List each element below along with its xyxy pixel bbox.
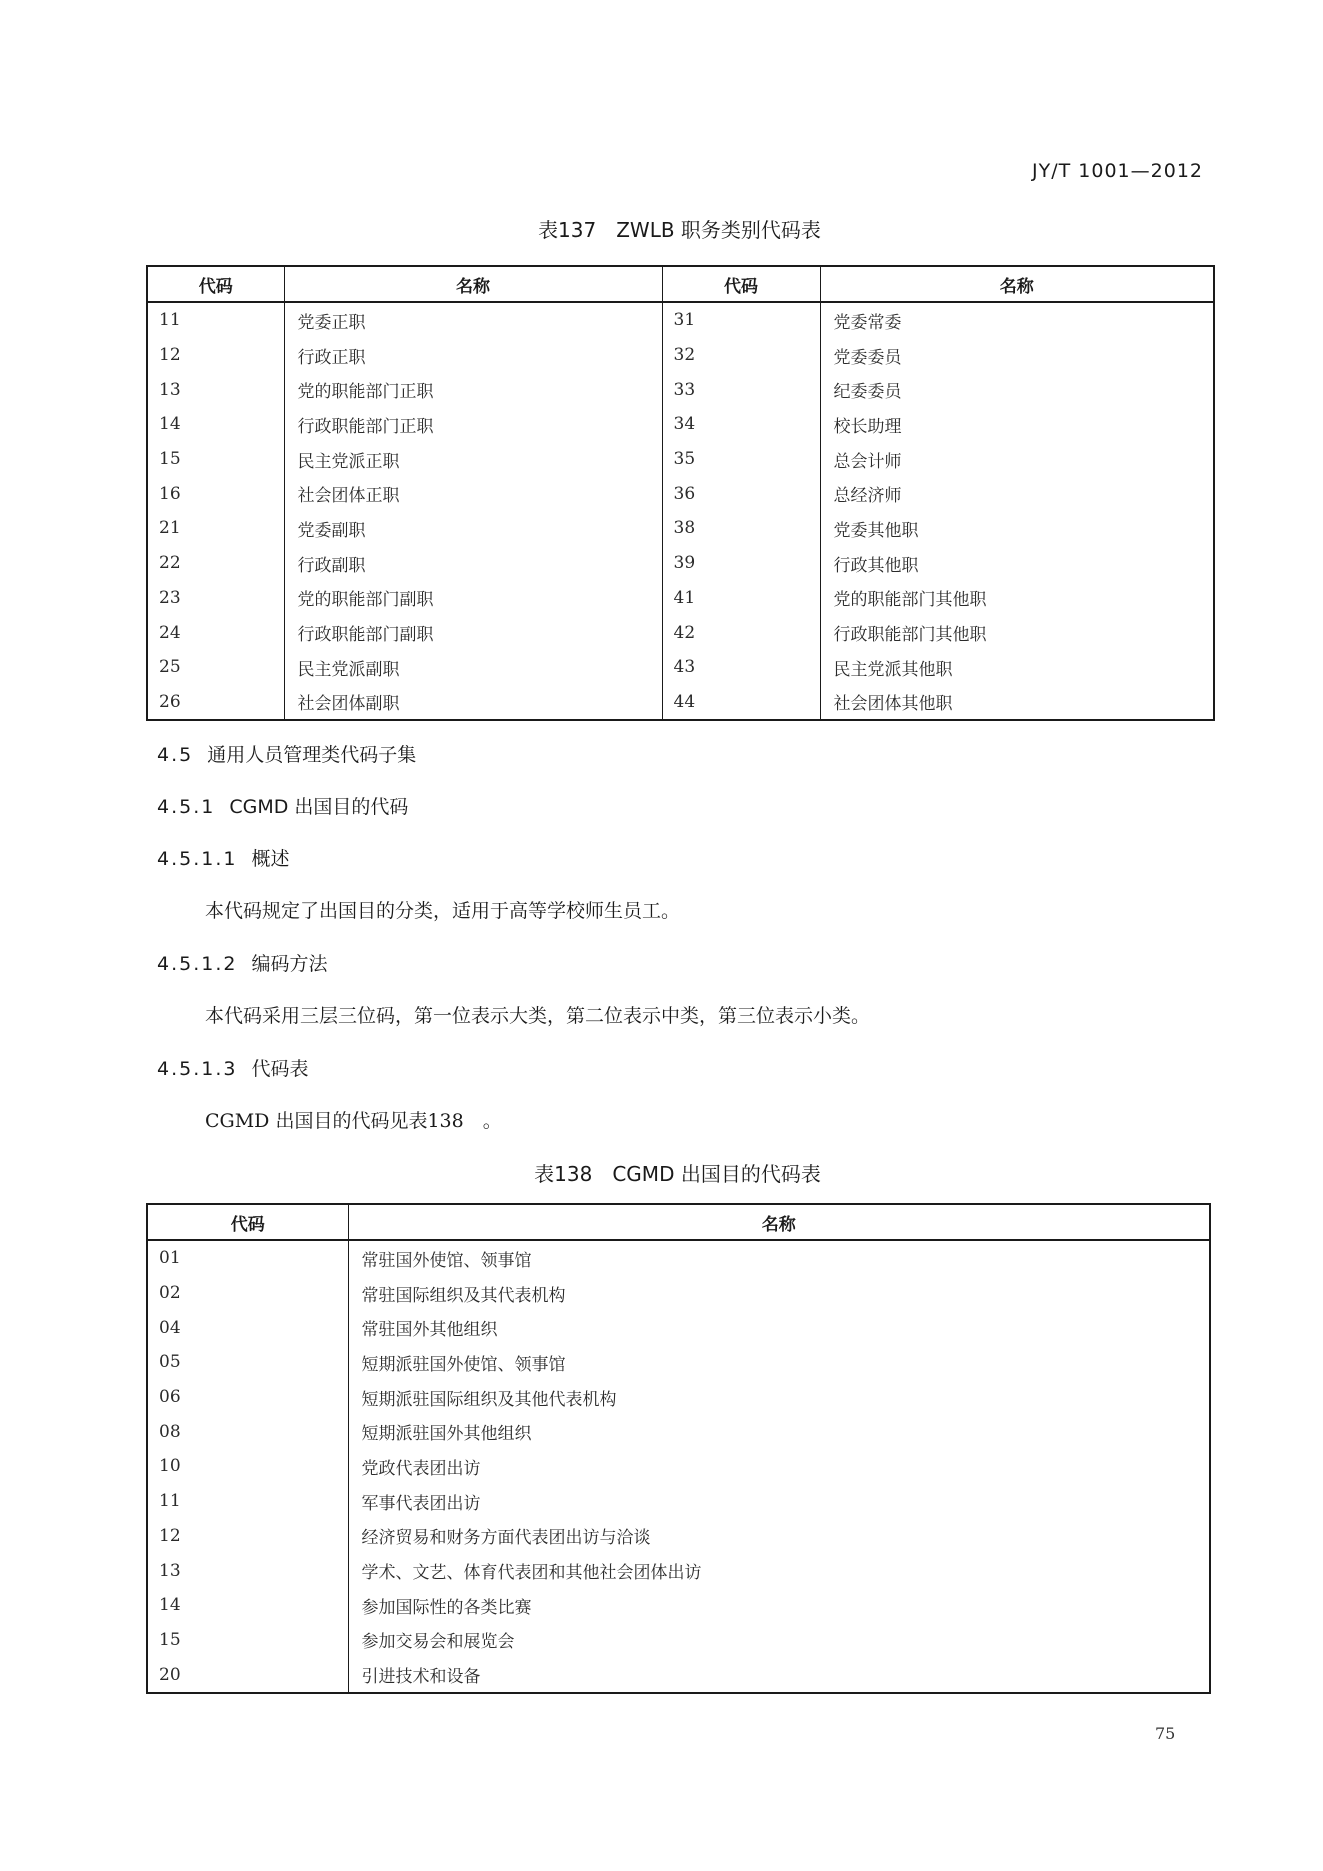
code-cell: 13	[147, 372, 284, 407]
table-row: 01常驻国外使馆、领事馆	[147, 1240, 1210, 1276]
name-cell: 总会计师	[820, 442, 1214, 477]
name-cell: 行政职能部门副职	[284, 615, 662, 650]
table-row: 11军事代表团出访	[147, 1484, 1210, 1519]
code-cell: 23	[147, 581, 284, 616]
code-cell: 31	[662, 302, 820, 338]
table-row: 20引进技术和设备	[147, 1657, 1210, 1693]
name-cell: 党政代表团出访	[348, 1449, 1210, 1484]
name-cell: 行政正职	[284, 338, 662, 373]
column-header-name: 名称	[348, 1204, 1210, 1240]
table-row: 06短期派驻国际组织及其他代表机构	[147, 1380, 1210, 1415]
section-number: 4.5.1.2	[157, 953, 237, 975]
name-cell: 总经济师	[820, 476, 1214, 511]
table-row: 22行政副职39行政其他职	[147, 546, 1214, 581]
name-cell: 纪委委员	[820, 372, 1214, 407]
code-cell: 41	[662, 581, 820, 616]
code-cell: 12	[147, 1519, 348, 1554]
code-cell: 15	[147, 442, 284, 477]
code-cell: 44	[662, 685, 820, 721]
table-row: 23党的职能部门副职41党的职能部门其他职	[147, 581, 1214, 616]
name-cell: 民主党派副职	[284, 650, 662, 685]
code-cell: 16	[147, 476, 284, 511]
column-header-code: 代码	[147, 1204, 348, 1240]
section-heading-4-5: 4.5通用人员管理类代码子集	[157, 740, 416, 767]
section-number: 4.5	[157, 744, 193, 766]
code-cell: 43	[662, 650, 820, 685]
table-row: 12经济贸易和财务方面代表团出访与洽谈	[147, 1519, 1210, 1554]
name-cell: 参加国际性的各类比赛	[348, 1588, 1210, 1623]
code-cell: 38	[662, 511, 820, 546]
table-row: 14参加国际性的各类比赛	[147, 1588, 1210, 1623]
name-cell: 党委正职	[284, 302, 662, 338]
name-cell: 社会团体副职	[284, 685, 662, 721]
section-title: 通用人员管理类代码子集	[207, 744, 416, 766]
name-cell: 党的职能部门副职	[284, 581, 662, 616]
section-heading-4-5-1-2: 4.5.1.2编码方法	[157, 949, 328, 976]
column-header-code: 代码	[147, 266, 284, 302]
name-cell: 党委其他职	[820, 511, 1214, 546]
name-cell: 党委常委	[820, 302, 1214, 338]
name-cell: 社会团体其他职	[820, 685, 1214, 721]
name-cell: 短期派驻国际组织及其他代表机构	[348, 1380, 1210, 1415]
table-row: 25民主党派副职43民主党派其他职	[147, 650, 1214, 685]
table-row: 13学术、文艺、体育代表团和其他社会团体出访	[147, 1553, 1210, 1588]
name-cell: 参加交易会和展览会	[348, 1623, 1210, 1658]
paragraph-code-table-reference: CGMD 出国目的代码见表138 。	[205, 1106, 502, 1133]
code-cell: 01	[147, 1240, 348, 1276]
code-cell: 32	[662, 338, 820, 373]
code-cell: 12	[147, 338, 284, 373]
table-row: 08短期派驻国外其他组织	[147, 1414, 1210, 1449]
section-number: 4.5.1	[157, 796, 215, 818]
column-header-name: 名称	[284, 266, 662, 302]
name-cell: 行政职能部门其他职	[820, 615, 1214, 650]
code-cell: 11	[147, 1484, 348, 1519]
code-cell: 39	[662, 546, 820, 581]
name-cell: 党的职能部门其他职	[820, 581, 1214, 616]
code-cell: 05	[147, 1345, 348, 1380]
table-row: 21党委副职38党委其他职	[147, 511, 1214, 546]
code-cell: 10	[147, 1449, 348, 1484]
table-138-title: 表138 CGMD 出国目的代码表	[146, 1158, 1209, 1187]
code-cell: 15	[147, 1623, 348, 1658]
name-cell: 常驻国外使馆、领事馆	[348, 1240, 1210, 1276]
table-137-position-category-codes: 代码 名称 代码 名称 11党委正职31党委常委12行政正职32党委委员13党的…	[146, 265, 1215, 721]
table-header-row: 代码 名称	[147, 1204, 1210, 1240]
name-cell: 行政副职	[284, 546, 662, 581]
section-number: 4.5.1.1	[157, 848, 237, 870]
section-heading-4-5-1: 4.5.1CGMD 出国目的代码	[157, 792, 408, 819]
code-cell: 06	[147, 1380, 348, 1415]
name-cell: 民主党派正职	[284, 442, 662, 477]
name-cell: 党委副职	[284, 511, 662, 546]
code-cell: 02	[147, 1276, 348, 1311]
table-header-row: 代码 名称 代码 名称	[147, 266, 1214, 302]
paragraph-coding-method: 本代码采用三层三位码，第一位表示大类，第二位表示中类，第三位表示小类。	[205, 1001, 870, 1028]
table-row: 16社会团体正职36总经济师	[147, 476, 1214, 511]
name-cell: 短期派驻国外其他组织	[348, 1414, 1210, 1449]
column-header-code: 代码	[662, 266, 820, 302]
name-cell: 军事代表团出访	[348, 1484, 1210, 1519]
code-cell: 33	[662, 372, 820, 407]
page-number: 75	[1155, 1724, 1175, 1743]
code-cell: 14	[147, 1588, 348, 1623]
name-cell: 校长助理	[820, 407, 1214, 442]
section-heading-4-5-1-1: 4.5.1.1概述	[157, 844, 290, 871]
code-cell: 22	[147, 546, 284, 581]
name-cell: 学术、文艺、体育代表团和其他社会团体出访	[348, 1553, 1210, 1588]
code-cell: 20	[147, 1657, 348, 1693]
table-row: 15民主党派正职35总会计师	[147, 442, 1214, 477]
table-138-overseas-purpose-codes: 代码 名称 01常驻国外使馆、领事馆02常驻国际组织及其代表机构04常驻国外其他…	[146, 1203, 1211, 1694]
table-row: 10党政代表团出访	[147, 1449, 1210, 1484]
table-row: 14行政职能部门正职34校长助理	[147, 407, 1214, 442]
table-137-title: 表137 ZWLB 职务类别代码表	[146, 214, 1213, 243]
name-cell: 社会团体正职	[284, 476, 662, 511]
paragraph-overview: 本代码规定了出国目的分类，适用于高等学校师生员工。	[205, 896, 680, 923]
code-cell: 26	[147, 685, 284, 721]
name-cell: 民主党派其他职	[820, 650, 1214, 685]
code-cell: 08	[147, 1414, 348, 1449]
section-title: 编码方法	[251, 953, 327, 975]
table-row: 12行政正职32党委委员	[147, 338, 1214, 373]
table-row: 11党委正职31党委常委	[147, 302, 1214, 338]
table-row: 26社会团体副职44社会团体其他职	[147, 685, 1214, 721]
code-cell: 13	[147, 1553, 348, 1588]
table-row: 15参加交易会和展览会	[147, 1623, 1210, 1658]
code-cell: 24	[147, 615, 284, 650]
code-cell: 11	[147, 302, 284, 338]
section-number: 4.5.1.3	[157, 1058, 237, 1080]
section-heading-4-5-1-3: 4.5.1.3代码表	[157, 1054, 309, 1081]
name-cell: 党委委员	[820, 338, 1214, 373]
table-row: 05短期派驻国外使馆、领事馆	[147, 1345, 1210, 1380]
column-header-name: 名称	[820, 266, 1214, 302]
code-cell: 04	[147, 1310, 348, 1345]
name-cell: 引进技术和设备	[348, 1657, 1210, 1693]
section-title: 概述	[251, 848, 289, 870]
section-title: 代码表	[251, 1058, 308, 1080]
section-title: CGMD 出国目的代码	[229, 796, 408, 818]
code-cell: 34	[662, 407, 820, 442]
code-cell: 35	[662, 442, 820, 477]
table-row: 04常驻国外其他组织	[147, 1310, 1210, 1345]
code-cell: 42	[662, 615, 820, 650]
name-cell: 常驻国外其他组织	[348, 1310, 1210, 1345]
name-cell: 常驻国际组织及其代表机构	[348, 1276, 1210, 1311]
table-row: 13党的职能部门正职33纪委委员	[147, 372, 1214, 407]
name-cell: 经济贸易和财务方面代表团出访与洽谈	[348, 1519, 1210, 1554]
name-cell: 行政职能部门正职	[284, 407, 662, 442]
code-cell: 36	[662, 476, 820, 511]
code-cell: 25	[147, 650, 284, 685]
name-cell: 短期派驻国外使馆、领事馆	[348, 1345, 1210, 1380]
table-row: 24行政职能部门副职42行政职能部门其他职	[147, 615, 1214, 650]
code-cell: 14	[147, 407, 284, 442]
code-cell: 21	[147, 511, 284, 546]
table-row: 02常驻国际组织及其代表机构	[147, 1276, 1210, 1311]
name-cell: 党的职能部门正职	[284, 372, 662, 407]
name-cell: 行政其他职	[820, 546, 1214, 581]
standard-number: JY/T 1001—2012	[1032, 160, 1203, 182]
